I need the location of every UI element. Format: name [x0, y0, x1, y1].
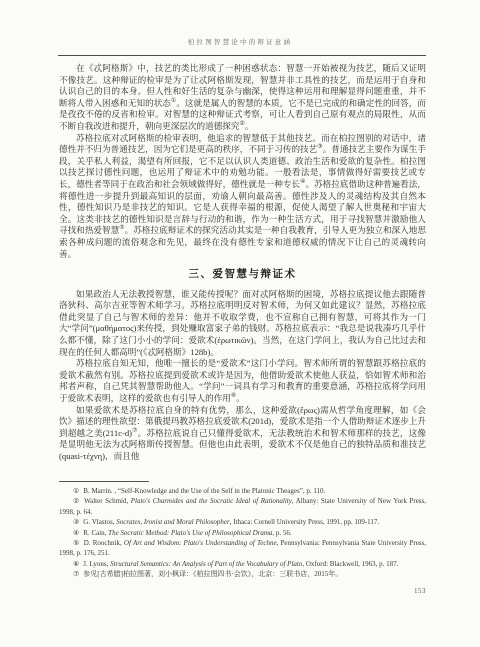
footnote-item: ⑥J. Lyons, Structural Semantics: An Anal…	[59, 559, 426, 569]
footnote-text: 参见[古希腊]柏拉图著，刘小枫译：《柏拉图四书·会饮》，北京：三联书店，2015…	[83, 570, 342, 578]
footnote-marker: ①	[73, 487, 79, 495]
paragraph-2: 苏格拉底对忒阿格斯的检审表明，他追求的智慧低于其他技艺。而在柏拉图别的对话中，诸…	[59, 133, 426, 261]
footnote-item: ④R. Cain, The Socratic Method: Plato's U…	[59, 528, 426, 538]
footnote-marker: ⑤	[73, 539, 80, 547]
footnote-item: ②Walter Schmid, Plato's Charmides and th…	[59, 496, 426, 517]
footnote-text: , p. 56.	[272, 529, 291, 537]
running-head: 柏拉图智慧论中的辩证意涵	[0, 37, 480, 46]
footnote-text: G. Vlastos,	[83, 518, 116, 526]
book-page: 柏拉图智慧论中的辩证意涵 在《忒阿格斯》中，技艺的类比形成了一种困惑状态：智慧一…	[0, 0, 480, 647]
paragraph-1: 在《忒阿格斯》中，技艺的类比形成了一种困惑状态：智慧一开始被视为技艺，随后又证明…	[59, 63, 426, 133]
paragraph-4: 苏格拉底自知无知，他唯一擅长的是“爱欲术”这门小学问。智术师所谓的智慧跟苏格拉底…	[59, 358, 426, 404]
paragraph-5: 如果爱欲术是苏格拉底自身的特有优势，那么，这种爱欲(ἔρως)需从哲学角度理解，…	[59, 405, 426, 463]
footnote-marker: ⑥	[73, 560, 79, 568]
footnote-text: R. Cain,	[83, 529, 108, 537]
footnote-marker: ②	[73, 497, 80, 505]
footnote-title: Plato's Charmides and the Socratic Ideal…	[131, 497, 292, 505]
footnote-text: D. Roochnik,	[84, 539, 124, 547]
footnote-item: ⑦参见[古希腊]柏拉图著，刘小枫译：《柏拉图四书·会饮》，北京：三联书店，201…	[59, 569, 426, 579]
footnote-item: ①B. Marrin. , “Self-Knowledge and the Us…	[59, 486, 426, 496]
footnote-text: B. Marrin. , “Self-Knowledge and the Use…	[83, 487, 325, 495]
header-rule	[58, 55, 426, 56]
body-text: 在《忒阿格斯》中，技艺的类比形成了一种困惑状态：智慧一开始被视为技艺，随后又证明…	[59, 63, 426, 463]
footnotes-list: ①B. Marrin. , “Self-Knowledge and the Us…	[59, 486, 426, 580]
section-heading: 三、爱智慧与辩证术	[59, 269, 426, 281]
footnote-text: , Ithaca: Cornell University Press, 1991…	[230, 518, 379, 526]
footnote-text: , Oxford: Blackwell, 1963, p. 187.	[302, 560, 398, 568]
footnote-marker: ④	[73, 529, 79, 537]
footnote-title: Socrates, Ironist and Moral Philosopher	[116, 518, 230, 526]
footnote-text: Walter Schmid,	[84, 497, 131, 505]
footnote-marker: ③	[73, 518, 79, 526]
footnote-title: Of Art and Wisdom: Plato's Understanding…	[124, 539, 277, 547]
paragraph-3: 如果政治人无法教授智慧，谁又能传授呢？面对忒阿格斯的困境，苏格拉底提议他去跟随普…	[59, 289, 426, 359]
footnote-rule	[59, 481, 149, 482]
footnote-item: ③G. Vlastos, Socrates, Ironist and Moral…	[59, 517, 426, 527]
footnote-item: ⑤D. Roochnik, Of Art and Wisdom: Plato's…	[59, 538, 426, 559]
footnote-title: Structural Semantics: An Analysis of Par…	[110, 560, 302, 568]
footnote-title: The Socratic Method: Plato's Use of Phil…	[108, 529, 272, 537]
page-number: 153	[59, 587, 426, 595]
footnote-text: J. Lyons,	[83, 560, 110, 568]
footnote-marker: ⑦	[73, 570, 79, 578]
